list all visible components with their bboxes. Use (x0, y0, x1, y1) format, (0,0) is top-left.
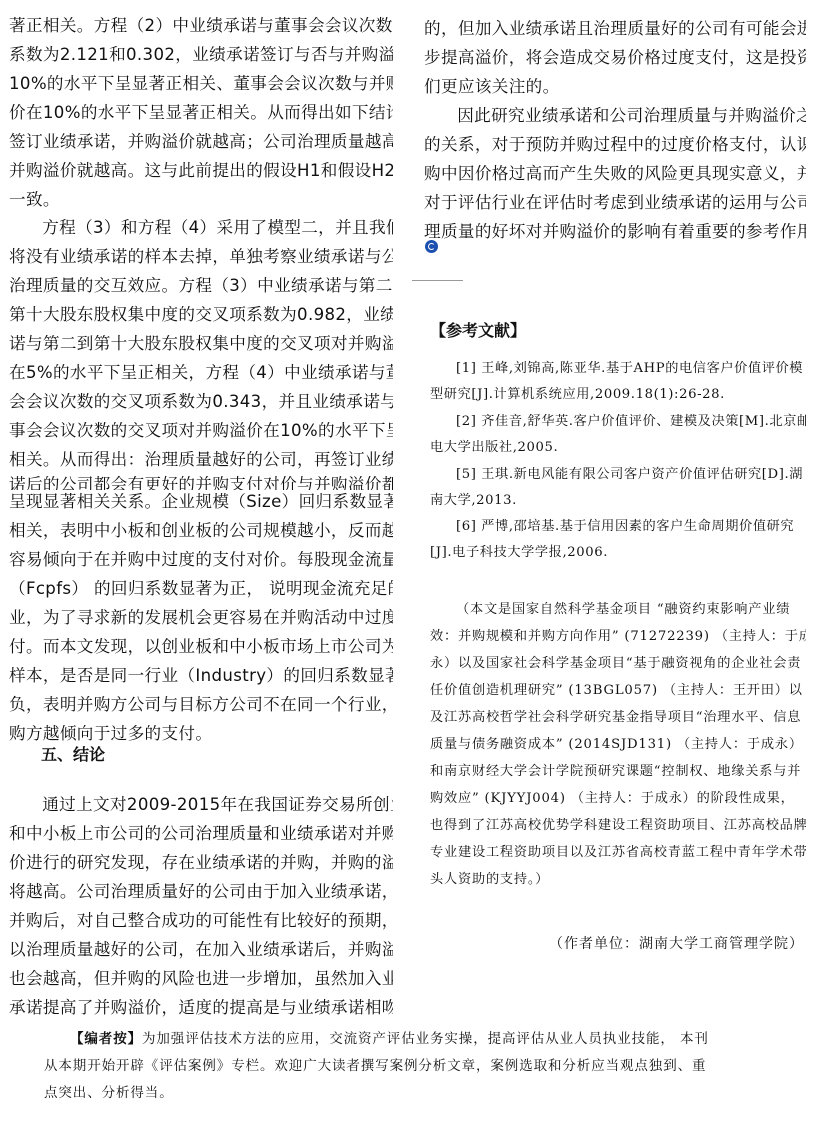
text-line: 治理质量的交互效应。方程（3）中业绩承诺与第二到 (9, 271, 393, 300)
text-line: 以治理质量越好的公司，在加入业绩承诺后，并购溢价 (9, 935, 393, 964)
clipped-text-line: 诺后的公司都会有更好的并购支付对价与并购溢价都 (9, 474, 393, 490)
text-line: 价进行的研究发现，存在业绩承诺的并购，并购的溢价 (9, 848, 393, 877)
text-line: 10%的水平下呈显著正相关、董事会会议次数与并购溢 (9, 69, 393, 98)
paragraph-results-equations-1-2: 著正相关。方程（2）中业绩承诺与董事会会议次数的 系数为2.121和0.302，… (9, 11, 393, 214)
text-line: 会会议次数的交叉项系数为0.343，并且业绩承诺与董 (9, 387, 393, 416)
text-line: 电大学出版社,2005. (430, 435, 806, 461)
text-line: 样本，是否是同一行业（Industry）的回归系数显著为 (9, 661, 393, 690)
text-line: 专业建设工程资助项目以及江苏省高校青蓝工程中青年学术带 (430, 839, 806, 866)
editor-note-label: 【编者按】 (70, 1031, 142, 1047)
text-line: [6] 严博,邵培基.基于信用因素的客户生命周期价值研究 (430, 514, 806, 540)
text-line: 呈现显著相关关系。企业规模（Size）回归系数显著负 (9, 487, 393, 516)
text-line: 通过上文对2009-2015年在我国证券交易所创业板 (9, 790, 393, 819)
text-line: 负，表明并购方公司与目标方公司不在同一个行业，并 (9, 690, 393, 719)
text-line: 将没有业绩承诺的样本去掉，单独考察业绩承诺与公司 (9, 242, 393, 271)
text-line: 型研究[J].计算机系统应用,2009.18(1):26-28. (430, 382, 806, 408)
text-line: 并购溢价就越高。这与此前提出的假设H1和假设H2相 (9, 156, 393, 185)
text-line: 业，为了寻求新的发展机会更容易在并购活动中过度支 (9, 603, 393, 632)
text-line: 也会越高，但并购的风险也进一步增加，虽然加入业绩 (9, 964, 393, 993)
paragraph-significance: 因此研究业绩承诺和公司治理质量与并购溢价之间 的关系，对于预防并购过程中的过度价… (424, 101, 806, 246)
text-line: 点突出、分析得当。 (44, 1080, 804, 1107)
journal-logo-icon (425, 240, 438, 253)
text-line: 对于评估行业在评估时考虑到业绩承诺的运用与公司治 (424, 188, 806, 217)
reference-item: [2] 齐佳音,舒华英.客户价值评价、建模及决策[M].北京邮 电大学出版社,2… (430, 409, 806, 461)
editor-note: 【编者按】为加强评估技术方法的应用，交流资产评估业务实操，提高评估从业人员执业技… (44, 1026, 804, 1107)
references-title: 【参考文献】 (430, 318, 526, 341)
text-line: 诺与第二到第十大股东股权集中度的交叉项对并购溢价 (9, 329, 393, 358)
text-line: 相关。从而得出：治理质量越好的公司，再签订业绩承 (9, 445, 393, 474)
footnote-divider (412, 280, 463, 281)
text-line: 承诺提高了并购溢价，适度的提高是与业绩承诺相吻合 (9, 993, 393, 1022)
text-line: 从本期开始开辟《评估案例》专栏。欢迎广大读者撰写案例分析文章，案例选取和分析应当… (44, 1053, 804, 1080)
text-line: 系数为2.121和0.302，业绩承诺签订与否与并购溢价在 (9, 40, 393, 69)
text-line: 步提高溢价，将会造成交易价格过度支付，这是投资者 (424, 43, 806, 72)
text-line: [5] 王琪.新电风能有限公司客户资产价值评估研究[D].湖 (430, 462, 806, 488)
text-line: 和南京财经大学会计学院预研究课题“控制权、地缘关系与并 (430, 758, 806, 785)
text-line: 也得到了江苏高校优势学科建设工程资助项目、江苏高校品牌 (430, 812, 806, 839)
text-line: 第十大股东股权集中度的交叉项系数为0.982，业绩承 (9, 300, 393, 329)
author-affiliation: （作者单位：湖南大学工商管理学院） (549, 933, 804, 953)
text-line: （Fcpfs） 的回归系数显著为正， 说明现金流充足的企 (9, 574, 393, 603)
text-line: [1] 王峰,刘锦高,陈亚华.基于AHP的电信客户价值评价模 (430, 356, 806, 382)
text-line: [2] 齐佳音,舒华英.客户价值评价、建模及决策[M].北京邮 (430, 409, 806, 435)
text-line: （本文是国家自然科学基金项目 “融资约束影响产业绩 (430, 596, 806, 623)
text-line: 理质量的好坏对并购溢价的影响有着重要的参考作用。 (424, 217, 806, 246)
text-line: 的，但加入业绩承诺且治理质量好的公司有可能会进一 (424, 14, 806, 43)
text-line: 的关系，对于预防并购过程中的过度价格支付，认识并 (424, 130, 806, 159)
text-line: 购效应” (KJYYJ004) （主持人：于成永）的阶段性成果， (430, 785, 806, 812)
text-line: 效：并购规模和并购方向作用” (71272239) （主持人：于成 (430, 623, 806, 650)
text-line: 著正相关。方程（2）中业绩承诺与董事会会议次数的 (9, 11, 393, 40)
funding-note: （本文是国家自然科学基金项目 “融资约束影响产业绩 效：并购规模和并购方向作用”… (430, 596, 806, 893)
text-line: 及江苏高校哲学社会科学研究基金指导项目“治理水平、信息 (430, 704, 806, 731)
text-line: 南大学,2013. (430, 488, 806, 514)
section-heading-conclusion: 五、结论 (41, 742, 105, 765)
text-line: 购中因价格过高而产生失败的风险更具现实意义，并且 (424, 159, 806, 188)
text-line: 永）以及国家社会科学基金项目“基于融资视角的企业社会责 (430, 650, 806, 677)
text-line: 因此研究业绩承诺和公司治理质量与并购溢价之间 (424, 101, 806, 130)
text-line: 头人资助的支持。） (430, 866, 806, 893)
text-line: [J].电子科技大学学报,2006. (430, 540, 806, 566)
text-line: 们更应该关注的。 (424, 72, 806, 101)
text-line: 付。而本文发现，以创业板和中小板市场上市公司为 (9, 632, 393, 661)
text-line: 质量与债务融资成本” (2014SJD131) （主持人：于成永） (430, 731, 806, 758)
text-line: 签订业绩承诺，并购溢价就越高；公司治理质量越高， (9, 127, 393, 156)
text-line: 【编者按】为加强评估技术方法的应用，交流资产评估业务实操，提高评估从业人员执业技… (44, 1026, 804, 1053)
paragraph-right-continuation: 的，但加入业绩承诺且治理质量好的公司有可能会进一 步提高溢价，将会造成交易价格过… (424, 14, 806, 101)
text-line: 在5%的水平下呈正相关，方程（4）中业绩承诺与董事 (9, 358, 393, 387)
text-line: 和中小板上市公司的公司治理质量和业绩承诺对并购溢 (9, 819, 393, 848)
text-line: 容易倾向于在并购中过度的支付对价。每股现金流量 (9, 545, 393, 574)
text-line: 价在10%的水平下呈显著正相关。从而得出如下结论： (9, 98, 393, 127)
paragraph-results-equations-3-4: 方程（3）和方程（4）采用了模型二，并且我们 将没有业绩承诺的样本去掉，单独考察… (9, 213, 393, 748)
reference-item: [1] 王峰,刘锦高,陈亚华.基于AHP的电信客户价值评价模 型研究[J].计算… (430, 356, 806, 408)
text-line: 将越高。公司治理质量好的公司由于加入业绩承诺，在 (9, 877, 393, 906)
text-line: 并购后，对自己整合成功的可能性有比较好的预期，所 (9, 906, 393, 935)
paragraph-conclusion: 通过上文对2009-2015年在我国证券交易所创业板 和中小板上市公司的公司治理… (9, 790, 393, 1022)
text-line: 方程（3）和方程（4）采用了模型二，并且我们 (9, 213, 393, 242)
reference-item: [6] 严博,邵培基.基于信用因素的客户生命周期价值研究 [J].电子科技大学学… (430, 514, 806, 566)
text-line: 相关，表明中小板和创业板的公司规模越小，反而越 (9, 516, 393, 545)
text-line: 一致。 (9, 185, 393, 214)
text-line: 任价值创造机理研究” (13BGL057) （主持人：王开田）以 (430, 677, 806, 704)
text-line: 事会会议次数的交叉项对并购溢价在10%的水平下呈正 (9, 416, 393, 445)
reference-item: [5] 王琪.新电风能有限公司客户资产价值评估研究[D].湖 南大学,2013. (430, 462, 806, 514)
